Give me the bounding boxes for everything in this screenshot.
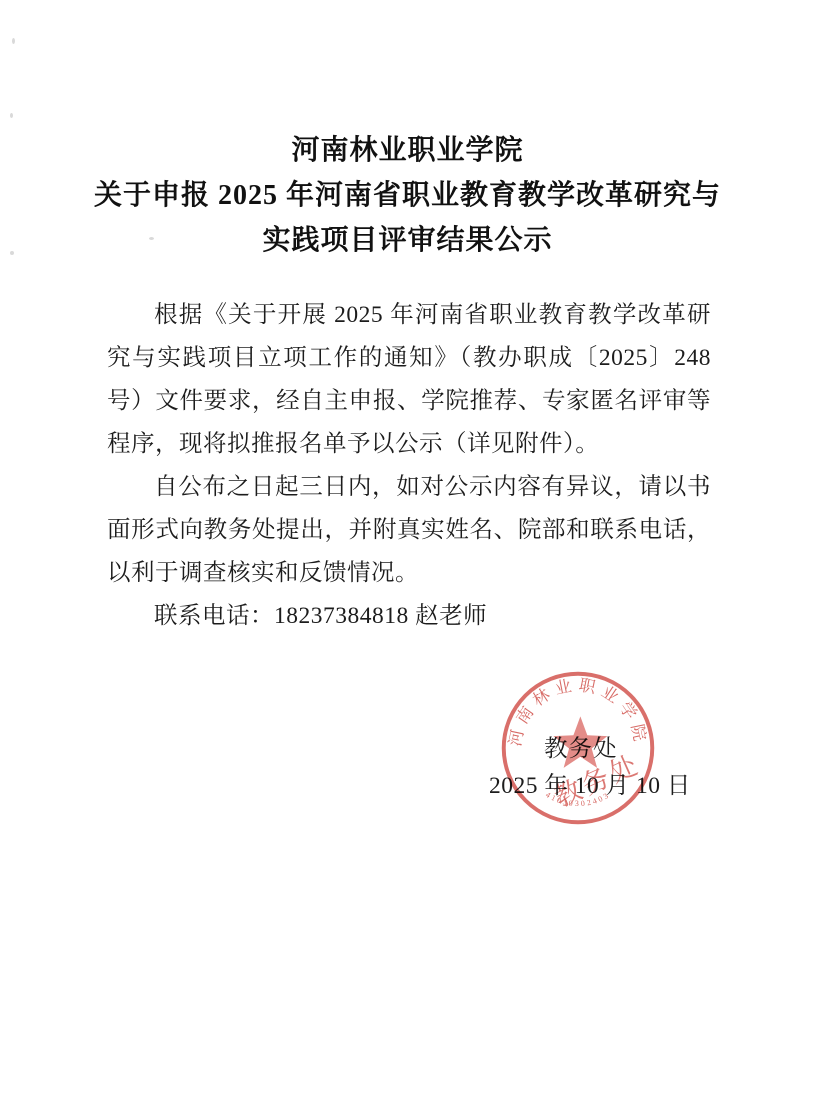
scan-speck xyxy=(12,38,15,44)
contact-phone-line: 联系电话：18237384818 赵老师 xyxy=(107,595,711,638)
scan-speck xyxy=(10,113,13,118)
document-page: 河南林业职业学院 关于申报 2025 年河南省职业教育教学改革研究与 实践项目评… xyxy=(0,0,815,1107)
paragraph-basis: 根据《关于开展 2025 年河南省职业教育教学改革研究与实践项目立项工作的通知》… xyxy=(107,294,711,466)
paragraph-objection: 自公布之日起三日内，如对公示内容有异议，请以书面形式向教务处提出，并附真实姓名、… xyxy=(107,466,711,595)
signature-department: 教务处 xyxy=(544,729,618,763)
document-title: 河南林业职业学院 关于申报 2025 年河南省职业教育教学改革研究与 实践项目评… xyxy=(0,128,815,263)
title-line-subject-2: 实践项目评审结果公示 xyxy=(0,218,815,263)
signature-date: 2025 年 10 月 10 日 xyxy=(489,766,691,800)
title-line-institution: 河南林业职业学院 xyxy=(0,128,815,173)
title-line-subject: 关于申报 2025 年河南省职业教育教学改革研究与 xyxy=(0,173,815,218)
document-body: 根据《关于开展 2025 年河南省职业教育教学改革研究与实践项目立项工作的通知》… xyxy=(107,294,711,638)
